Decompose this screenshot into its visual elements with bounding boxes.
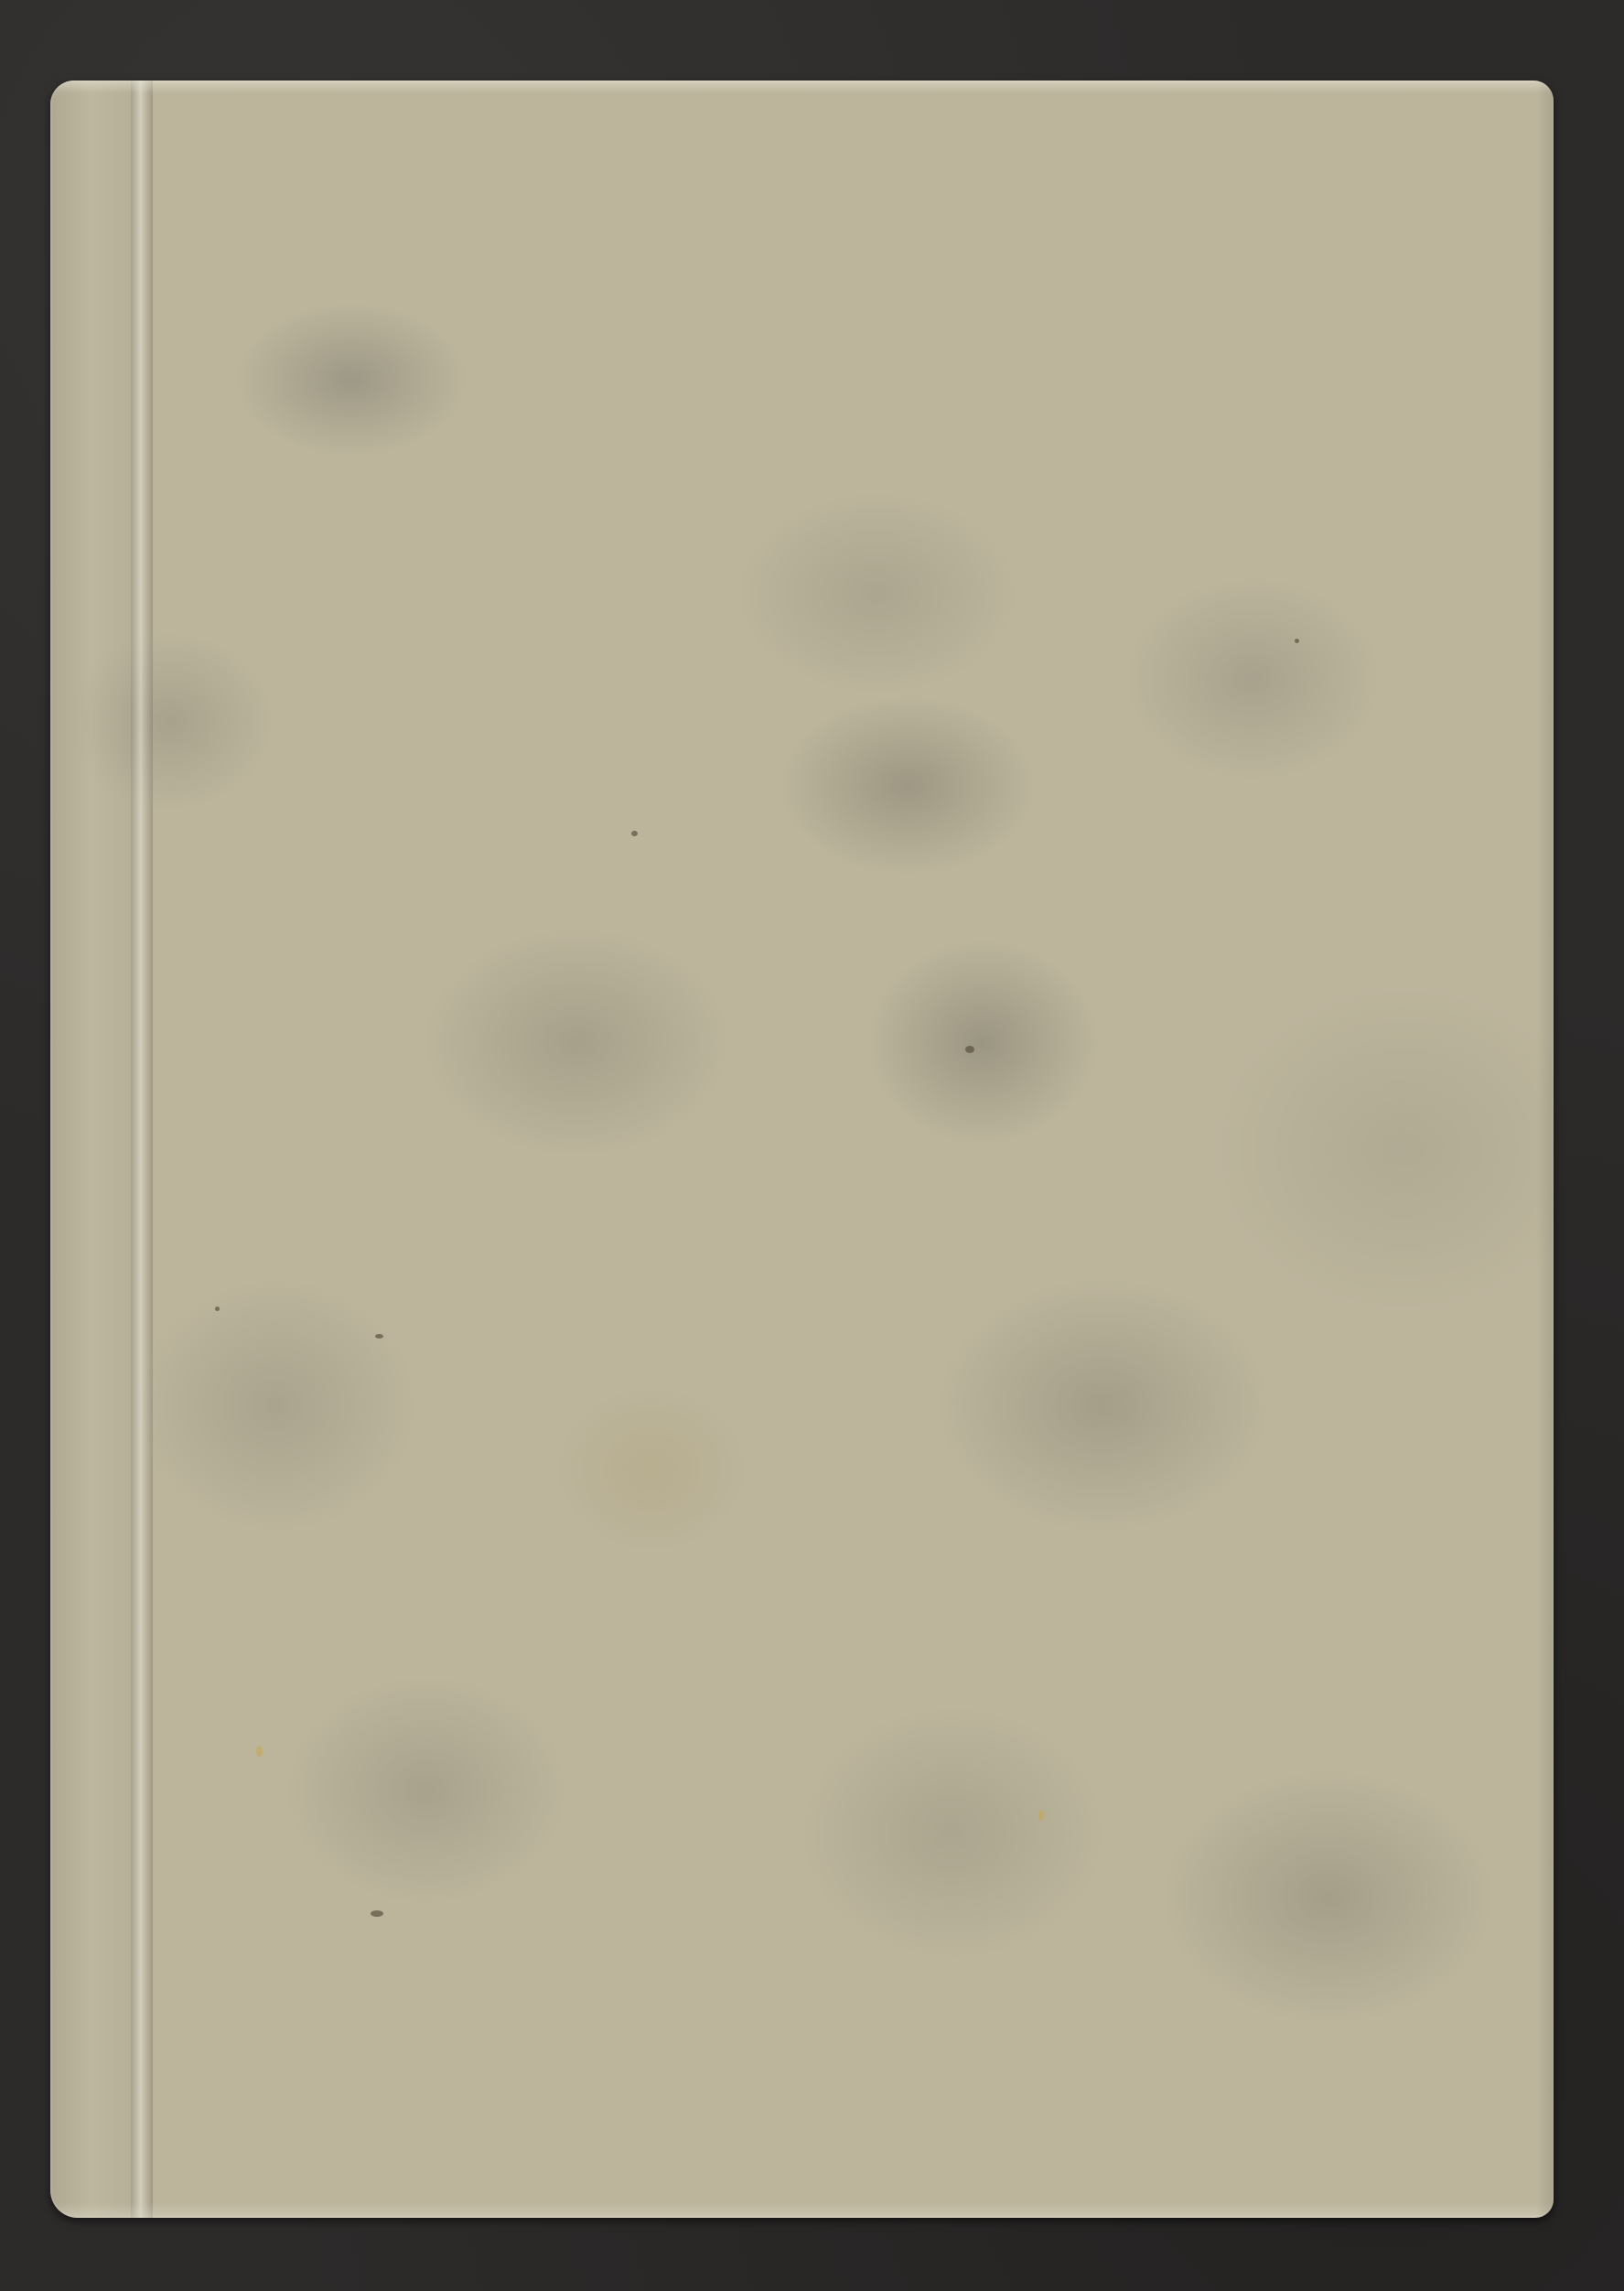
top-edge-highlight xyxy=(50,81,1554,93)
stain-spot xyxy=(371,1910,383,1917)
stain-spot xyxy=(215,1307,220,1311)
fore-edge-shadow xyxy=(1537,81,1554,2218)
yellow-stain-spot xyxy=(1038,1810,1044,1821)
stain-spot xyxy=(631,831,638,836)
stain-spot xyxy=(1295,639,1299,643)
yellow-stain-spot xyxy=(256,1746,263,1757)
stain-spot xyxy=(375,1334,383,1339)
stain-spot xyxy=(965,1046,974,1053)
vellum-staining xyxy=(50,81,1554,2218)
bottom-edge-highlight xyxy=(50,2203,1554,2218)
spine-joint-ridge xyxy=(131,81,153,2218)
book-cover xyxy=(50,81,1554,2218)
photograph xyxy=(0,0,1624,2291)
